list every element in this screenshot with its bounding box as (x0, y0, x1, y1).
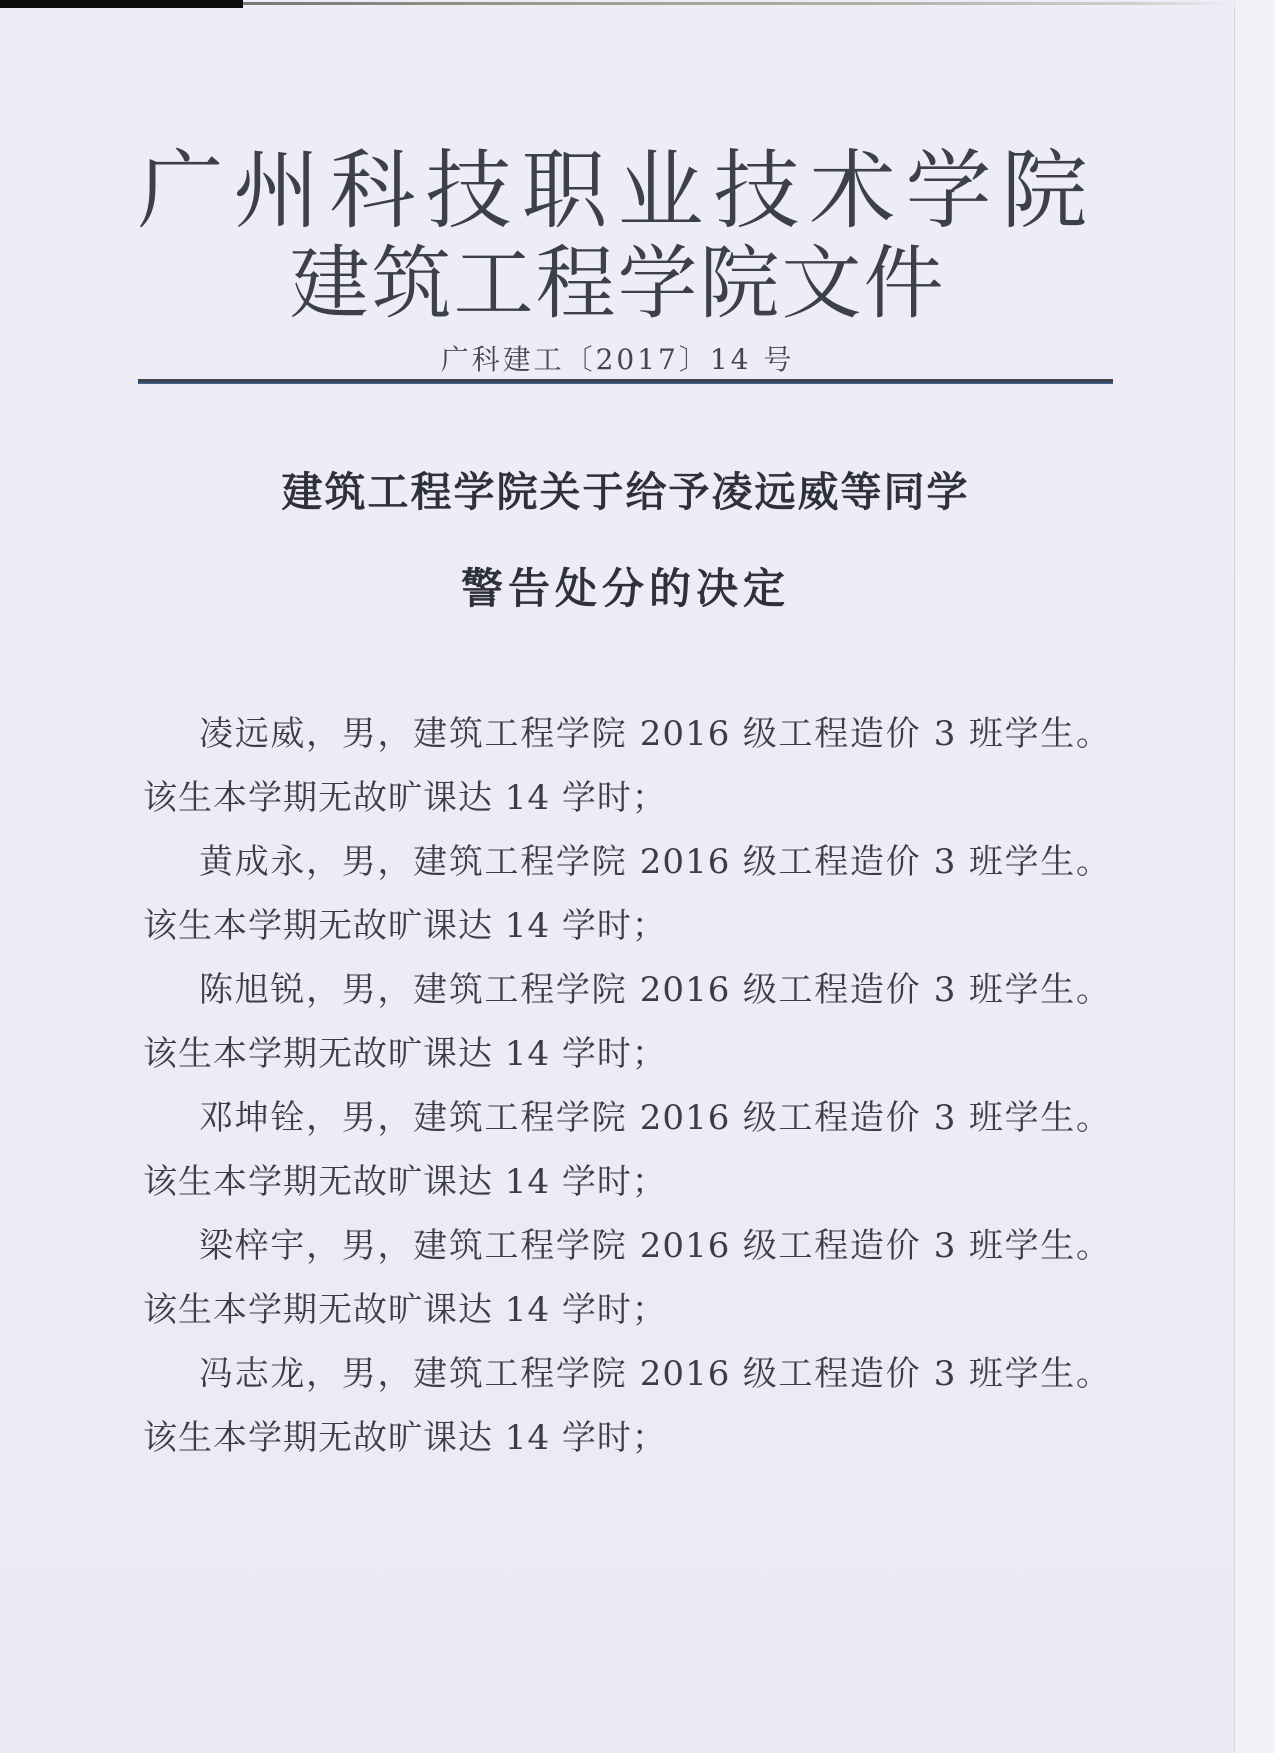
scanned-document-page: 广州科技职业技术学院 建筑工程学院文件 广科建工〔2017〕14 号 建筑工程学… (0, 0, 1275, 1753)
document-title: 建筑工程学院关于给予凌远威等同学 警告处分的决定 (138, 468, 1113, 613)
body-paragraph: 陈旭锐，男，建筑工程学院 2016 级工程造价 3 班学生。该生本学期无故旷课达… (143, 958, 1111, 1086)
body-paragraph: 冯志龙，男，建筑工程学院 2016 级工程造价 3 班学生。该生本学期无故旷课达… (143, 1342, 1111, 1470)
body-paragraph: 黄成永，男，建筑工程学院 2016 级工程造价 3 班学生。该生本学期无故旷课达… (143, 830, 1111, 958)
body-paragraph: 邓坤铨，男，建筑工程学院 2016 级工程造价 3 班学生。该生本学期无故旷课达… (143, 1086, 1111, 1214)
document-body: 凌远威，男，建筑工程学院 2016 级工程造价 3 班学生。该生本学期无故旷课达… (143, 702, 1111, 1470)
body-paragraph: 梁梓宇，男，建筑工程学院 2016 级工程造价 3 班学生。该生本学期无故旷课达… (143, 1214, 1111, 1342)
scan-background-right (1235, 0, 1275, 1753)
doc-number: 广科建工〔2017〕14 号 (0, 338, 1235, 378)
letterhead-separator-rule (138, 379, 1113, 384)
document-title-line1: 建筑工程学院关于给予凌远威等同学 (138, 468, 1113, 516)
body-paragraph: 凌远威，男，建筑工程学院 2016 级工程造价 3 班学生。该生本学期无故旷课达… (143, 702, 1111, 830)
document-title-line2: 警告处分的决定 (138, 565, 1113, 613)
scan-edge-artifact-top-line (243, 2, 1235, 5)
org-name-line1: 广州科技职业技术学院 (0, 146, 1235, 236)
org-name-line2: 建筑工程学院文件 (0, 244, 1235, 324)
scan-edge-artifact-top-left (0, 0, 243, 8)
letterhead: 广州科技职业技术学院 建筑工程学院文件 广科建工〔2017〕14 号 (0, 146, 1235, 378)
